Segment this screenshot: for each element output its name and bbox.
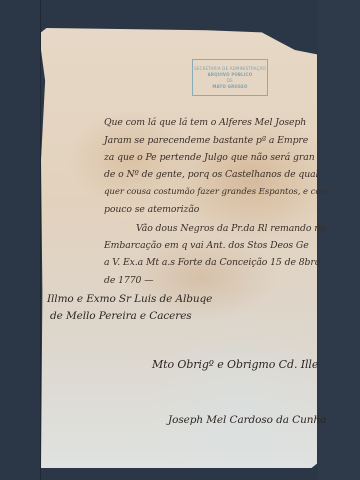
- body-line: pouco se atemorizão: [104, 204, 199, 215]
- background-seam: [40, 0, 41, 480]
- stamp-line: MATO GROSSO: [212, 84, 247, 89]
- body-line: Que com lá que lá tem o Alferes Mel Jose…: [104, 117, 306, 128]
- body-line: Embarcação em q vai Ant. dos Stos Deos G…: [104, 240, 309, 251]
- body-line: a V. Ex.a Mt a.s Forte da Conceição 15 d…: [104, 257, 320, 268]
- background-panel: [318, 0, 360, 480]
- body-line: Jaram se parecendeme bastante pª a Empre: [104, 135, 308, 146]
- archive-stamp: SECRETARIA DE ADMINISTRAÇÃO ARQUIVO PÚBL…: [192, 59, 268, 96]
- stamp-line: SECRETARIA DE ADMINISTRAÇÃO: [194, 66, 266, 71]
- addressee-line: Illmo e Exmo Sr Luis de Albuqe: [47, 293, 212, 305]
- stamp-line: ARQUIVO PÚBLICO: [208, 72, 253, 77]
- stamp-line: DE: [227, 78, 233, 83]
- body-line: quer cousa costumão fazer grandes Espant…: [104, 187, 328, 197]
- body-line: de o Nº de gente, porq os Castelhanos de…: [104, 169, 319, 180]
- addressee-line: de Mello Pereira e Caceres: [50, 310, 192, 322]
- body-line: Vão dous Negros da Pr.da Rl remando na: [136, 223, 326, 234]
- signature: Joseph Mel Cardoso da Cunha: [168, 414, 326, 426]
- closing-salutation: Mto Obrigº e Obrigmo Cd. Ille: [152, 358, 318, 371]
- body-line: za que o Pe pertende Julgo que não será …: [104, 152, 315, 163]
- body-line: de 1770 —: [104, 275, 153, 286]
